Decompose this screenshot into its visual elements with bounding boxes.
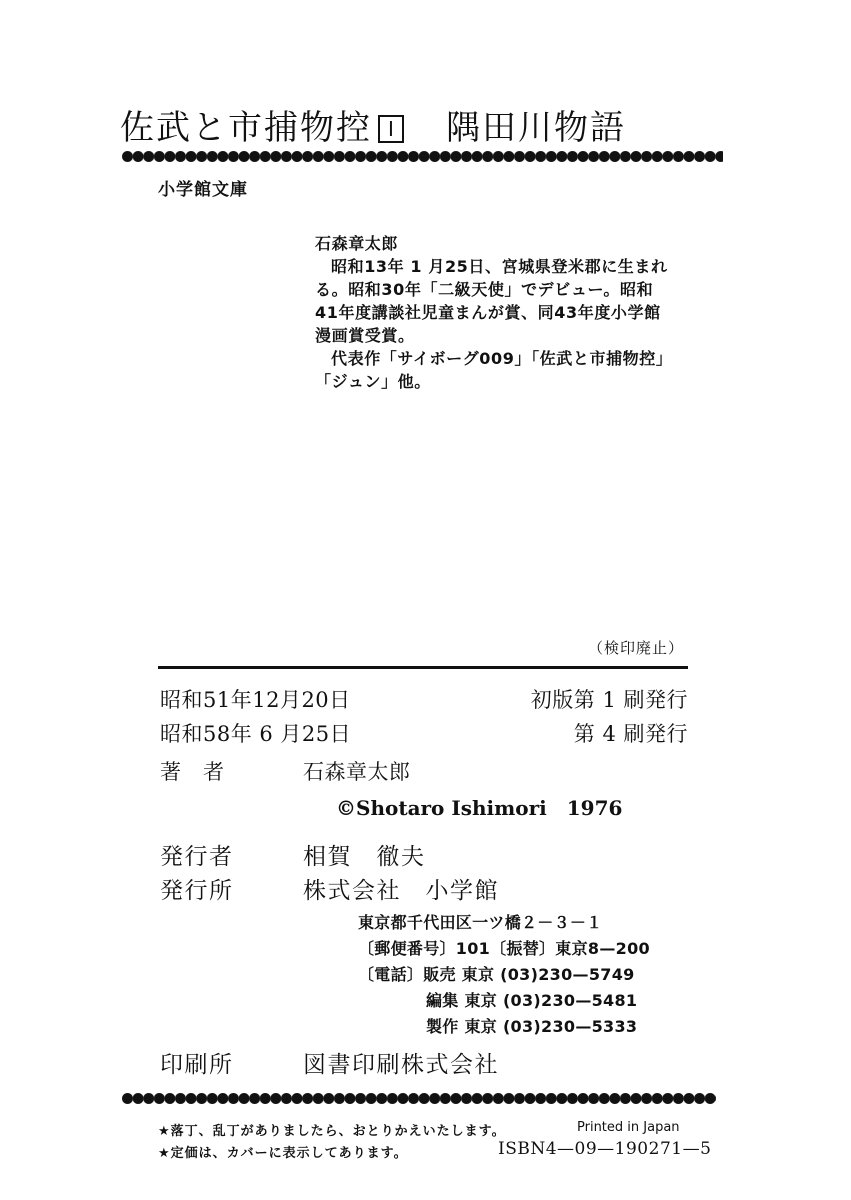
dotted-divider-top xyxy=(122,151,723,162)
replacement-note: ★落丁、乱丁がありましたら、おとりかえいたします。 xyxy=(158,1120,506,1139)
publisher-name: 株式会社 小学館 xyxy=(303,872,499,905)
phone-sales: 〔電話〕販売 東京 (03)230—5749 xyxy=(358,962,635,985)
printer-name: 図書印刷株式会社 xyxy=(303,1046,499,1079)
colophon-rule xyxy=(158,666,688,669)
isbn: ISBN4—09—190271—5 xyxy=(498,1139,711,1159)
printed-in-japan: Printed in Japan xyxy=(577,1120,680,1135)
current-printing-date: 昭和58年 6 月25日 xyxy=(160,718,351,748)
current-printing-label: 第 4 刷発行 xyxy=(574,718,688,748)
publisher-address: 東京都千代田区一ツ橋２－３－１ xyxy=(358,910,603,933)
first-edition-date: 昭和51年12月20日 xyxy=(160,684,351,714)
volume-number-box: I xyxy=(378,115,404,143)
bio-author-name: 石森章太郎 xyxy=(315,232,735,255)
author-biography: 石森章太郎 昭和13年 1 月25日、宮城県登米郡に生まれ る。昭和30年「二級… xyxy=(315,232,735,393)
phone-editorial: 編集 東京 (03)230—5481 xyxy=(426,988,637,1011)
publisher-label: 発行所 xyxy=(160,872,234,905)
bio-line: 昭和13年 1 月25日、宮城県登米郡に生まれ xyxy=(315,255,735,278)
copyright-notice: ©Shotaro Ishimori 1976 xyxy=(336,792,622,821)
author-label-row: 著者 xyxy=(160,756,246,786)
postal-and-transfer: 〔郵便番号〕101〔振替〕東京8—200 xyxy=(358,936,650,959)
bio-line: 「ジュン」他。 xyxy=(315,370,735,393)
volume-subtitle: 隅田川物語 xyxy=(446,108,626,148)
printer-label: 印刷所 xyxy=(160,1046,234,1079)
bio-line: 代表作「サイボーグ009」「佐武と市捕物控」 xyxy=(315,347,735,370)
author-label: 著者 xyxy=(160,760,246,784)
publisher-person-label: 発行者 xyxy=(160,838,234,871)
publisher-person: 相賀 徹夫 xyxy=(303,838,426,871)
bio-line: 41年度講談社児童まんが賞、同43年度小学館 xyxy=(315,301,735,324)
imprint-label: 小学館文庫 xyxy=(158,175,248,200)
phone-production: 製作 東京 (03)230—5333 xyxy=(426,1014,637,1037)
price-note: ★定価は、カバーに表示してあります。 xyxy=(158,1142,408,1161)
bio-line: る。昭和30年「二級天使」でデビュー。昭和 xyxy=(315,278,735,301)
author-name: 石森章太郎 xyxy=(303,756,411,786)
book-title: 佐武と市捕物控I隅田川物語 xyxy=(120,100,626,149)
first-edition-label: 初版第 1 刷発行 xyxy=(531,684,688,714)
dotted-divider-bottom xyxy=(122,1093,716,1104)
series-title: 佐武と市捕物控 xyxy=(120,108,372,148)
seal-abolished-note: （検印廃止） xyxy=(588,637,684,658)
bio-line: 漫画賞受賞。 xyxy=(315,324,735,347)
